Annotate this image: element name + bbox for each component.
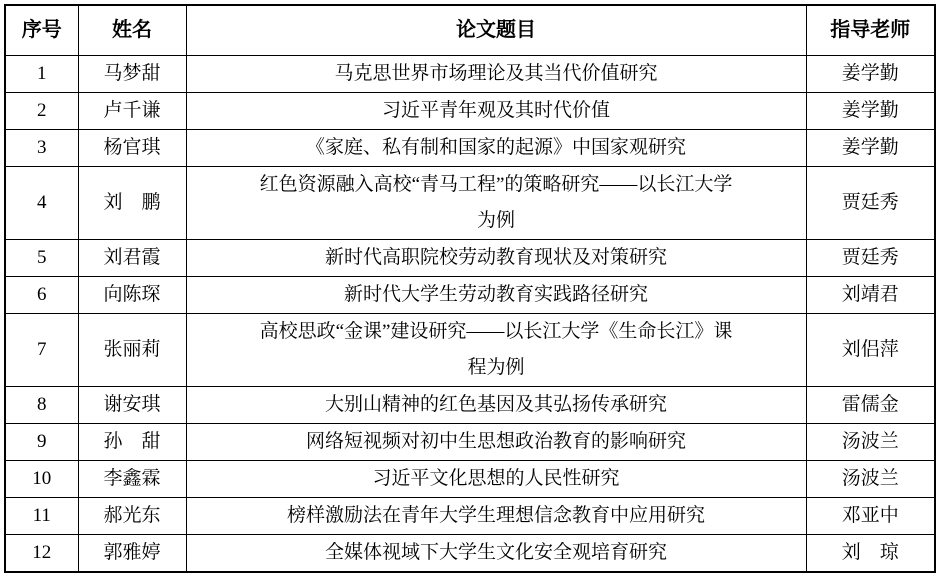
thesis-table: 序号 姓名 论文题目 指导老师 1 马梦甜 马克思世界市场理论及其当代价值研究 … (4, 4, 936, 573)
header-no: 序号 (5, 5, 78, 56)
table-row: 2 卢千谦 习近平青年观及其时代价值 姜学勤 (5, 93, 935, 130)
header-title: 论文题目 (186, 5, 806, 56)
advisor-cell: 刘 琼 (806, 535, 935, 573)
advisor-cell: 姜学勤 (806, 93, 935, 130)
table-row: 3 杨官琪 《家庭、私有制和国家的起源》中国家观研究 姜学勤 (5, 130, 935, 167)
document-page: 序号 姓名 论文题目 指导老师 1 马梦甜 马克思世界市场理论及其当代价值研究 … (0, 0, 938, 567)
advisor-cell: 刘靖君 (806, 277, 935, 314)
student-name-cell: 刘君霞 (78, 240, 186, 277)
thesis-title-cell: 榜样激励法在青年大学生理想信念教育中应用研究 (186, 498, 806, 535)
advisor-cell: 汤波兰 (806, 461, 935, 498)
student-name-cell: 向陈琛 (78, 277, 186, 314)
thesis-title-cell: 全媒体视域下大学生文化安全观培育研究 (186, 535, 806, 573)
student-name-cell: 刘 鹏 (78, 167, 186, 240)
row-number-cell: 4 (5, 167, 78, 240)
table-row: 4 刘 鹏 红色资源融入高校“青马工程”的策略研究——以长江大学 为例 贾廷秀 (5, 167, 935, 240)
thesis-title-cell: 马克思世界市场理论及其当代价值研究 (186, 56, 806, 93)
student-name-cell: 杨官琪 (78, 130, 186, 167)
table-row: 6 向陈琛 新时代大学生劳动教育实践路径研究 刘靖君 (5, 277, 935, 314)
thesis-title-cell: 高校思政“金课”建设研究——以长江大学《生命长江》课 程为例 (186, 314, 806, 387)
advisor-cell: 贾廷秀 (806, 167, 935, 240)
table-row: 7 张丽莉 高校思政“金课”建设研究——以长江大学《生命长江》课 程为例 刘侣萍 (5, 314, 935, 387)
thesis-title-cell: 新时代高职院校劳动教育现状及对策研究 (186, 240, 806, 277)
advisor-cell: 刘侣萍 (806, 314, 935, 387)
student-name-cell: 卢千谦 (78, 93, 186, 130)
student-name-cell: 谢安琪 (78, 387, 186, 424)
thesis-title-cell: 新时代大学生劳动教育实践路径研究 (186, 277, 806, 314)
table-row: 8 谢安琪 大别山精神的红色基因及其弘扬传承研究 雷儒金 (5, 387, 935, 424)
row-number-cell: 10 (5, 461, 78, 498)
advisor-cell: 姜学勤 (806, 56, 935, 93)
row-number-cell: 3 (5, 130, 78, 167)
thesis-title-cell: 习近平文化思想的人民性研究 (186, 461, 806, 498)
advisor-cell: 雷儒金 (806, 387, 935, 424)
row-number-cell: 11 (5, 498, 78, 535)
row-number-cell: 1 (5, 56, 78, 93)
student-name-cell: 郭雅婷 (78, 535, 186, 573)
table-row: 10 李鑫霖 习近平文化思想的人民性研究 汤波兰 (5, 461, 935, 498)
thesis-title-cell: 红色资源融入高校“青马工程”的策略研究——以长江大学 为例 (186, 167, 806, 240)
row-number-cell: 6 (5, 277, 78, 314)
thesis-title-cell: 网络短视频对初中生思想政治教育的影响研究 (186, 424, 806, 461)
row-number-cell: 5 (5, 240, 78, 277)
row-number-cell: 9 (5, 424, 78, 461)
row-number-cell: 2 (5, 93, 78, 130)
student-name-cell: 马梦甜 (78, 56, 186, 93)
advisor-cell: 汤波兰 (806, 424, 935, 461)
thesis-title-cell: 《家庭、私有制和国家的起源》中国家观研究 (186, 130, 806, 167)
table-row: 9 孙 甜 网络短视频对初中生思想政治教育的影响研究 汤波兰 (5, 424, 935, 461)
student-name-cell: 郝光东 (78, 498, 186, 535)
table-row: 12 郭雅婷 全媒体视域下大学生文化安全观培育研究 刘 琼 (5, 535, 935, 573)
table-row: 1 马梦甜 马克思世界市场理论及其当代价值研究 姜学勤 (5, 56, 935, 93)
thesis-title-cell: 大别山精神的红色基因及其弘扬传承研究 (186, 387, 806, 424)
student-name-cell: 张丽莉 (78, 314, 186, 387)
advisor-cell: 邓亚中 (806, 498, 935, 535)
advisor-cell: 姜学勤 (806, 130, 935, 167)
advisor-cell: 贾廷秀 (806, 240, 935, 277)
student-name-cell: 李鑫霖 (78, 461, 186, 498)
row-number-cell: 12 (5, 535, 78, 573)
row-number-cell: 7 (5, 314, 78, 387)
header-row: 序号 姓名 论文题目 指导老师 (5, 5, 935, 56)
row-number-cell: 8 (5, 387, 78, 424)
header-name: 姓名 (78, 5, 186, 56)
student-name-cell: 孙 甜 (78, 424, 186, 461)
table-header: 序号 姓名 论文题目 指导老师 (5, 5, 935, 56)
table-row: 5 刘君霞 新时代高职院校劳动教育现状及对策研究 贾廷秀 (5, 240, 935, 277)
table-row: 11 郝光东 榜样激励法在青年大学生理想信念教育中应用研究 邓亚中 (5, 498, 935, 535)
table-body: 1 马梦甜 马克思世界市场理论及其当代价值研究 姜学勤 2 卢千谦 习近平青年观… (5, 56, 935, 573)
thesis-title-cell: 习近平青年观及其时代价值 (186, 93, 806, 130)
header-advisor: 指导老师 (806, 5, 935, 56)
